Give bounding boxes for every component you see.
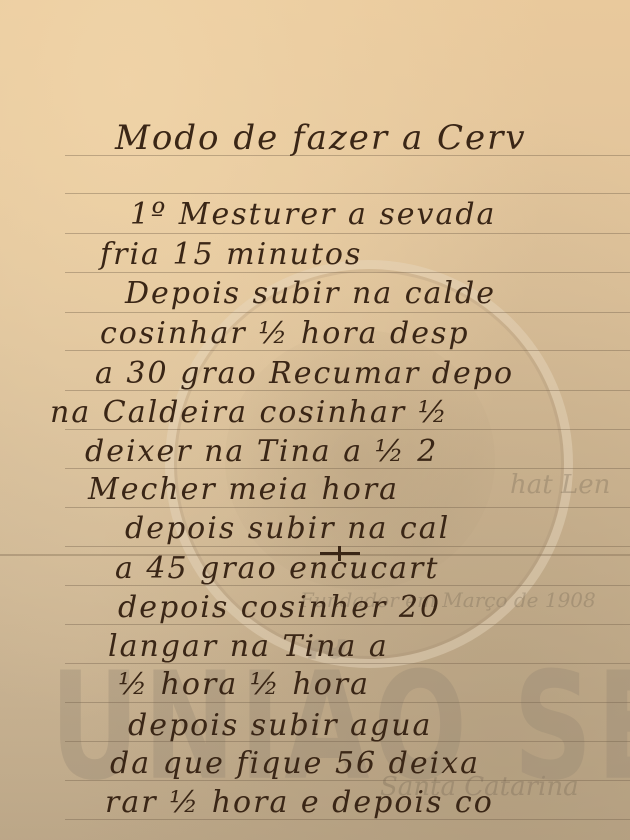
handwritten-line: a 30 grao Recumar depo <box>95 356 514 391</box>
handwritten-line: 1º Mesturer a sevada <box>130 197 496 232</box>
ruled-line <box>65 702 630 703</box>
ruled-line <box>65 312 630 313</box>
ruled-line <box>65 233 630 234</box>
document-title: Modo de fazer a Cerv <box>115 118 527 158</box>
handwritten-line: deixer na Tina a ½ 2 <box>85 434 438 469</box>
handwritten-line: cosinhar ½ hora desp <box>100 316 470 351</box>
watermark-side-text: hat Len <box>510 470 610 500</box>
handwritten-line: a 45 grao encucart <box>115 551 439 586</box>
handwritten-line: Depois subir na calde <box>125 276 496 311</box>
handwritten-line: depois subir na cal <box>125 511 450 546</box>
handwritten-line: ½ hora ½ hora <box>118 667 370 702</box>
ruled-line <box>65 546 630 547</box>
ruled-line <box>65 272 630 273</box>
handwritten-line: rar ½ hora e depois co <box>105 785 494 820</box>
ruled-line <box>65 193 630 194</box>
handwritten-line: fria 15 minutos <box>100 237 362 272</box>
ruled-line <box>65 507 630 508</box>
handwritten-line: depois cosinher 20 <box>118 590 441 625</box>
handwritten-line: langar na Tina a <box>108 629 389 664</box>
handwritten-line: depois subir agua <box>128 708 432 743</box>
handwritten-line: da que fique 56 deixa <box>110 746 480 781</box>
handwritten-line: na Caldeira cosinhar ½ <box>50 395 449 430</box>
handwritten-line: Mecher meia hora <box>88 472 399 507</box>
